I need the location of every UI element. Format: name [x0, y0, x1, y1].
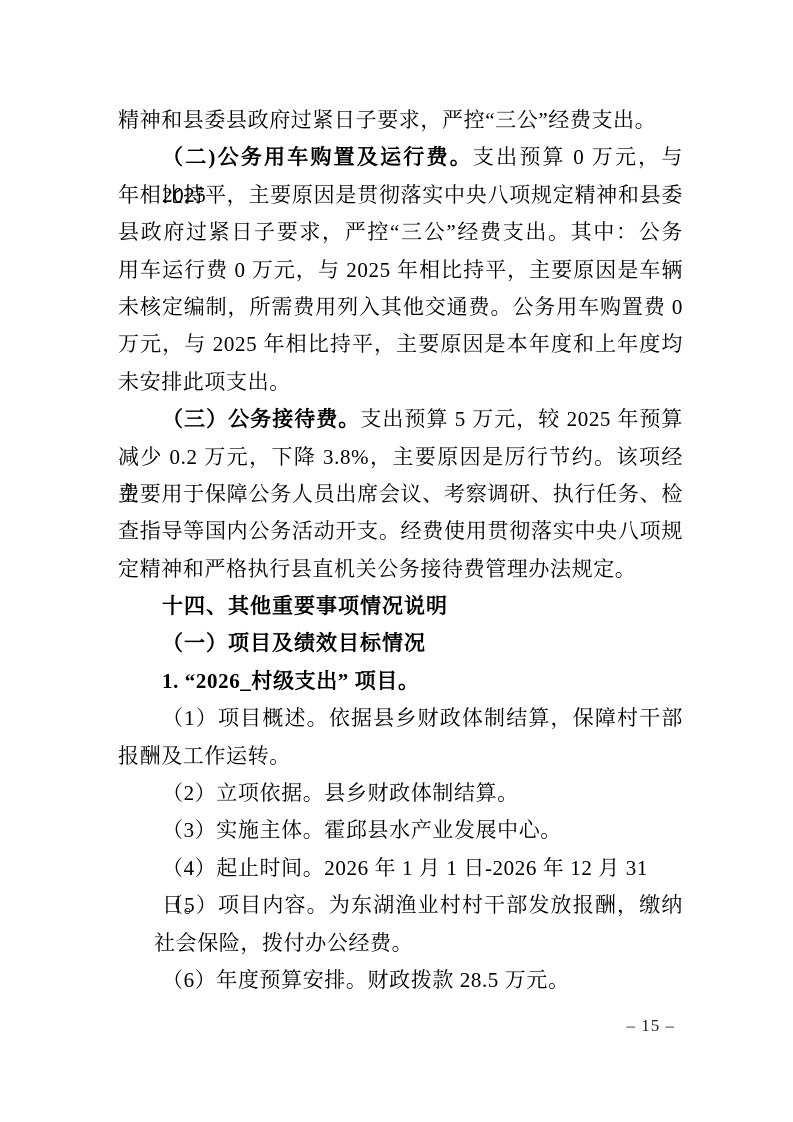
text-segment: （6）年度预算安排。财政拨款 28.5 万元。 — [162, 968, 570, 992]
document-page: 精神和县委县政府过紧日子要求，严控“三公”经费支出。（二)公务用车购置及运行费。… — [0, 0, 793, 1122]
text-segment: 未核定编制，所需费用列入其他交通费。公务用车购置费 0 — [118, 295, 683, 319]
text-line: 用车运行费 0 万元，与 2025 年相比持平，主要原因是车辆 — [118, 252, 683, 289]
text-segment: （5）项目内容。为东湖渔业村村干部发放报酬，缴纳 — [162, 893, 683, 917]
text-line: 减少 0.2 万元，下降 3.8%，主要原因是厉行节约。该项经费 — [118, 439, 683, 476]
text-segment: 万元，与 2025 年相比持平，主要原因是本年度和上年度均 — [118, 332, 683, 356]
document-body: 精神和县委县政府过紧日子要求，严控“三公”经费支出。（二)公务用车购置及运行费。… — [118, 102, 683, 999]
bold-text-segment: 十四、其他重要事项情况说明 — [162, 595, 448, 618]
text-line: 县政府过紧日子要求，严控“三公”经费支出。其中：公务 — [118, 214, 683, 251]
text-segment: 用车运行费 0 万元，与 2025 年相比持平，主要原因是车辆 — [118, 258, 683, 282]
text-line: 年相比持平，主要原因是贯彻落实中央八项规定精神和县委 — [118, 177, 683, 214]
text-segment: 报酬及工作运转。 — [118, 744, 291, 768]
heading-line: 1. “2026_村级支出” 项目。 — [118, 663, 683, 700]
heading-line: （三）公务接待费。支出预算 5 万元，较 2025 年预算 — [118, 401, 683, 438]
text-line: （3）实施主体。霍邱县水产业发展中心。 — [118, 812, 683, 849]
text-segment: 支出预算 5 万元，较 2025 年预算 — [360, 407, 683, 431]
text-segment: 查指导等国内公务活动开支。经费使用贯彻落实中央八项规 — [118, 519, 683, 543]
text-segment: （2）立项依据。县乡财政体制结算。 — [162, 781, 519, 805]
text-segment: （1）项目概述。依据县乡财政体制结算，保障村干部 — [162, 706, 683, 730]
text-line: 查指导等国内公务活动开支。经费使用贯彻落实中央八项规 — [118, 513, 683, 550]
text-line: 万元，与 2025 年相比持平，主要原因是本年度和上年度均 — [118, 326, 683, 363]
heading-line: （一）项目及绩效目标情况 — [118, 625, 683, 662]
text-segment: 未安排此项支出。 — [118, 370, 291, 394]
text-segment: 社会保险，拨付办公经费。 — [154, 931, 413, 955]
heading-line: 十四、其他重要事项情况说明 — [118, 588, 683, 625]
text-segment: 县政府过紧日子要求，严控“三公”经费支出。其中：公务 — [118, 220, 683, 244]
text-line: 社会保险，拨付办公经费。 — [118, 925, 683, 962]
page-number: – 15 – — [627, 1013, 676, 1039]
text-line: 未核定编制，所需费用列入其他交通费。公务用车购置费 0 — [118, 289, 683, 326]
text-line: （5）项目内容。为东湖渔业村村干部发放报酬，缴纳 — [118, 887, 683, 924]
text-line: 精神和县委县政府过紧日子要求，严控“三公”经费支出。 — [118, 102, 683, 139]
bold-text-segment: （二)公务用车购置及运行费。 — [162, 145, 473, 169]
text-segment: （3）实施主体。霍邱县水产业发展中心。 — [162, 818, 562, 842]
text-line: （6）年度预算安排。财政拨款 28.5 万元。 — [118, 962, 683, 999]
bold-text-segment: 1. “2026_村级支出” 项目。 — [162, 669, 420, 693]
text-line: 未安排此项支出。 — [118, 364, 683, 401]
text-line: 报酬及工作运转。 — [118, 738, 683, 775]
text-segment: 主要用于保障公务人员出席会议、考察调研、执行任务、检 — [118, 482, 683, 506]
text-line: （4）起止时间。2026 年 1 月 1 日-2026 年 12 月 31 日。 — [118, 850, 683, 887]
text-segment: 精神和县委县政府过紧日子要求，严控“三公”经费支出。 — [118, 108, 656, 132]
text-segment: 年相比持平，主要原因是贯彻落实中央八项规定精神和县委 — [118, 183, 683, 207]
heading-line: （二)公务用车购置及运行费。支出预算 0 万元，与 2025 — [118, 139, 683, 176]
bold-text-segment: （一）项目及绩效目标情况 — [162, 632, 426, 655]
text-segment: 定精神和严格执行县直机关公务接待费管理办法规定。 — [118, 557, 636, 581]
text-line: 主要用于保障公务人员出席会议、考察调研、执行任务、检 — [118, 476, 683, 513]
text-line: （1）项目概述。依据县乡财政体制结算，保障村干部 — [118, 700, 683, 737]
text-line: 定精神和严格执行县直机关公务接待费管理办法规定。 — [118, 551, 683, 588]
bold-text-segment: （三）公务接待费。 — [162, 407, 360, 431]
text-line: （2）立项依据。县乡财政体制结算。 — [118, 775, 683, 812]
